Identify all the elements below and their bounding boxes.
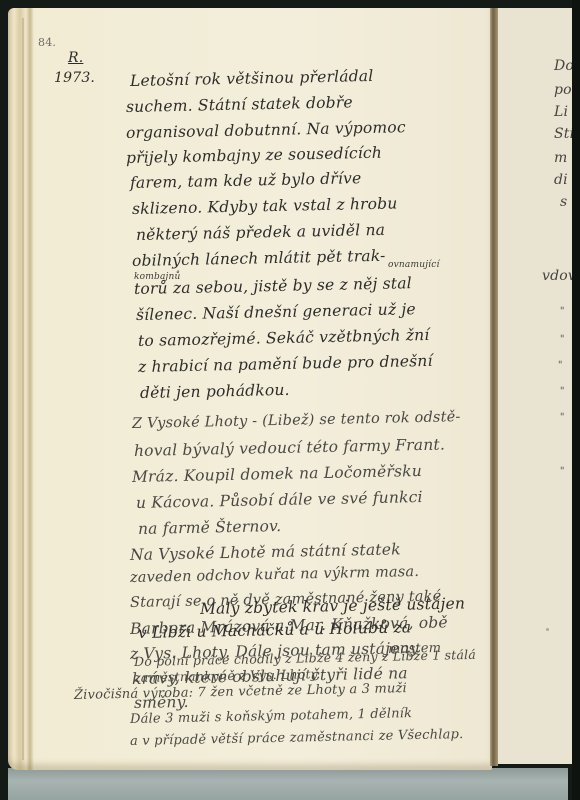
text-line: Z Vysoké Lhoty - (Libež) se tento rok od… (132, 409, 461, 432)
text-line: suchem. Státní statek dobře (126, 93, 353, 116)
scanned-book-spread: 84. R. 1973. Letošní rok většinou přerlá… (0, 0, 580, 800)
ditto-mark: " (560, 334, 565, 345)
book-gutter (490, 8, 498, 766)
right-text-fragment: Li (554, 104, 568, 120)
page-number: 84. (38, 36, 56, 49)
text-line: přijely kombajny ze sousedících (126, 144, 382, 167)
ditto-mark: " (560, 386, 565, 397)
right-text-fragment: s (560, 194, 567, 210)
right-text-fragment: Do (554, 58, 572, 74)
text-line: zaveden odchov kuřat na výkrm masa. (130, 564, 419, 586)
ditto-mark: " (560, 466, 565, 477)
text-line: sklizeno. Kdyby tak vstal z hrobu (132, 194, 398, 218)
text-line: farem, tam kde už bylo dříve (130, 169, 362, 192)
text-line: hoval bývalý vedoucí této farmy Frant. (134, 435, 445, 460)
right-text-word: vdova (542, 268, 572, 284)
ditto-mark: " (560, 306, 565, 317)
text-line: šílenec. Naší dnešní generaci už je (136, 300, 416, 324)
year: 1973. (54, 70, 95, 86)
paper-speck (546, 628, 549, 631)
text-line: Na Vysoké Lhotě má státní statek (130, 540, 401, 564)
scan-border (572, 0, 580, 800)
text-line: obilných lánech mlátit pět trak- (132, 247, 386, 270)
right-text-fragment: di (554, 172, 568, 188)
text-line: u Kácova. Působí dále ve své funkci (136, 488, 423, 512)
interlinear-insertion: ovnamující (388, 260, 440, 270)
ditto-mark: " (558, 360, 563, 371)
text-line: Mráz. Koupil domek na Ločoměřsku (132, 462, 422, 486)
text-line: z hrabicí na pamění bude pro dnešní (138, 352, 433, 376)
text-line: děti jen pohádkou. (140, 381, 290, 402)
right-text-fragment: po (554, 82, 572, 98)
ditto-mark: " (560, 412, 565, 423)
right-text-fragment: m (554, 150, 567, 166)
text-line: to samozřejmé. Sekáč vzětbných žní (138, 326, 430, 350)
year-label: R. (68, 50, 83, 66)
scanner-bed (8, 768, 568, 800)
right-text-fragment: Sti (554, 126, 572, 142)
text-line: organisoval dobutnní. Na výpomoc (126, 118, 406, 142)
text-line: některý náš předek a uviděl na (136, 221, 385, 244)
right-page: Do po Li Sti m di s vdova " " " " " " (498, 8, 572, 764)
text-line: na farmě Šternov. (138, 517, 282, 538)
text-line: Letošní rok většinou přerládal (130, 67, 374, 90)
